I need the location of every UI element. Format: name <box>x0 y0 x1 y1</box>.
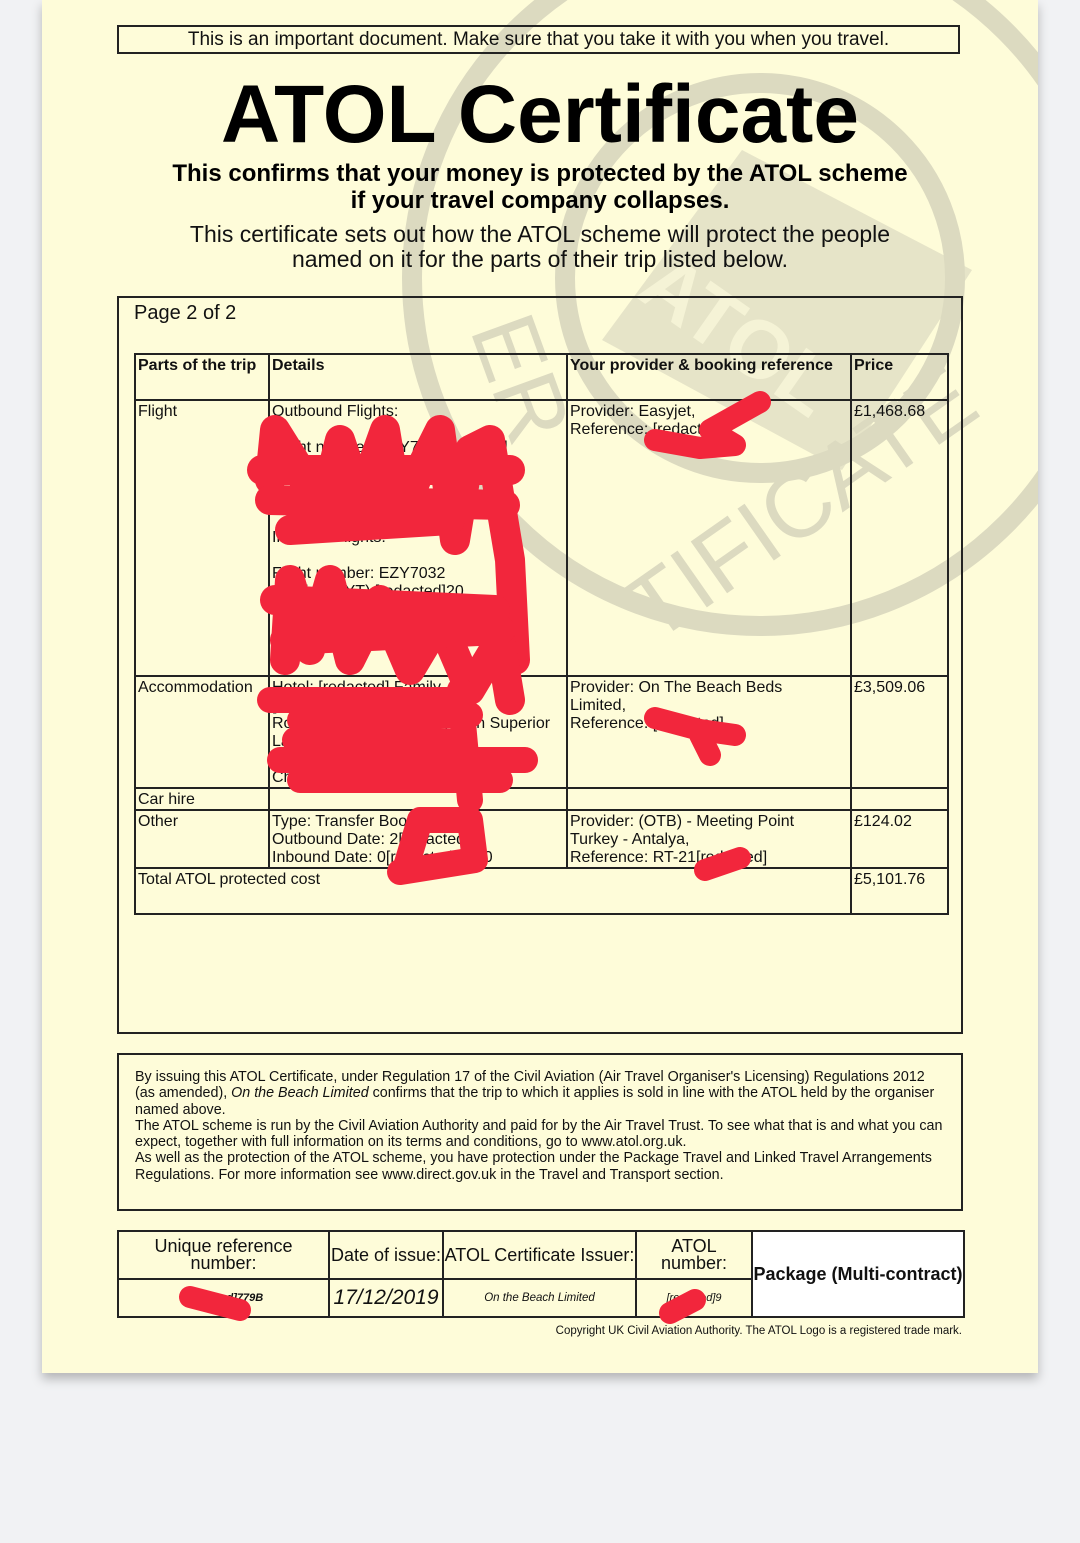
table-row-accommodation: Accommodation Hotel: [redacted] Family [… <box>135 676 948 788</box>
date-of-issue-value: 17/12/2019 <box>329 1279 443 1317</box>
protection-statement-line1: This confirms that your money is protect… <box>42 160 1038 187</box>
trip-price: £1,468.68 <box>851 400 948 676</box>
copyright-notice: Copyright UK Civil Aviation Authority. T… <box>556 1325 962 1337</box>
trip-table: Parts of the trip Details Your provider … <box>134 353 949 915</box>
certificate-page: ATOL ER TIFICATE This is an important do… <box>42 0 1038 1373</box>
page-indicator: Page 2 of 2 <box>134 302 236 325</box>
legal-paragraph-3: As well as the protection of the ATOL sc… <box>135 1150 945 1183</box>
trip-provider: Provider: (OTB) - Meeting Point Turkey -… <box>567 810 851 868</box>
header-price: Price <box>851 354 948 400</box>
header-parts: Parts of the trip <box>135 354 269 400</box>
trip-part: Other <box>135 810 269 868</box>
intro-text: This certificate sets out how the ATOL s… <box>42 222 1038 272</box>
intro-line2: named on it for the parts of their trip … <box>42 247 1038 272</box>
legal-paragraph-1: By issuing this ATOL Certificate, under … <box>135 1069 945 1118</box>
issuer-label: ATOL Certificate Issuer: <box>443 1231 636 1279</box>
legal-paragraph-2: The ATOL scheme is run by the Civil Avia… <box>135 1118 945 1151</box>
table-row-flight: Flight Outbound Flights: Flight number: … <box>135 400 948 676</box>
table-row-car-hire: Car hire <box>135 788 948 810</box>
atol-number-label: ATOL number: <box>636 1231 752 1279</box>
protection-statement-line2: if your travel company collapses. <box>42 187 1038 214</box>
trip-provider: Provider: On The Beach Beds Limited, Ref… <box>567 676 851 788</box>
package-type: Package (Multi-contract) <box>752 1231 964 1317</box>
header-provider: Your provider & booking reference <box>567 354 851 400</box>
trip-part: Accommodation <box>135 676 269 788</box>
trip-provider: Provider: Easyjet, Reference: [redacted] <box>567 400 851 676</box>
total-label: Total ATOL protected cost <box>135 868 851 914</box>
page-title: ATOL Certificate <box>42 68 1038 162</box>
unique-ref-label: Unique reference number: <box>118 1231 329 1279</box>
trip-price: £3,509.06 <box>851 676 948 788</box>
total-value: £5,101.76 <box>851 868 948 914</box>
atol-number-value: [redacted]9 <box>636 1279 752 1317</box>
table-row-total: Total ATOL protected cost £5,101.76 <box>135 868 948 914</box>
legal-text-box: By issuing this ATOL Certificate, under … <box>117 1053 963 1211</box>
intro-line1: This certificate sets out how the ATOL s… <box>42 222 1038 247</box>
protection-statement: This confirms that your money is protect… <box>42 160 1038 214</box>
trip-price <box>851 788 948 810</box>
trip-details: Hotel: [redacted] Family [redacted]ey Ro… <box>269 676 567 788</box>
trip-price: £124.02 <box>851 810 948 868</box>
certificate-footer-table: Unique reference number: Date of issue: … <box>117 1230 965 1318</box>
trip-part: Flight <box>135 400 269 676</box>
trip-details <box>269 788 567 810</box>
table-row-other: Other Type: Transfer Booking Outbound Da… <box>135 810 948 868</box>
organiser-name: On the Beach Limited <box>231 1085 369 1101</box>
trip-table-header: Parts of the trip Details Your provider … <box>135 354 948 400</box>
header-details: Details <box>269 354 567 400</box>
trip-part: Car hire <box>135 788 269 810</box>
trip-provider <box>567 788 851 810</box>
unique-ref-value: [redacted]779B <box>118 1279 329 1317</box>
trip-details: Outbound Flights: Flight number: EZY703[… <box>269 400 567 676</box>
trip-details: Type: Transfer Booking Outbound Date: 2[… <box>269 810 567 868</box>
issuer-value: On the Beach Limited <box>443 1279 636 1317</box>
date-of-issue-label: Date of issue: <box>329 1231 443 1279</box>
important-notice: This is an important document. Make sure… <box>117 25 960 54</box>
